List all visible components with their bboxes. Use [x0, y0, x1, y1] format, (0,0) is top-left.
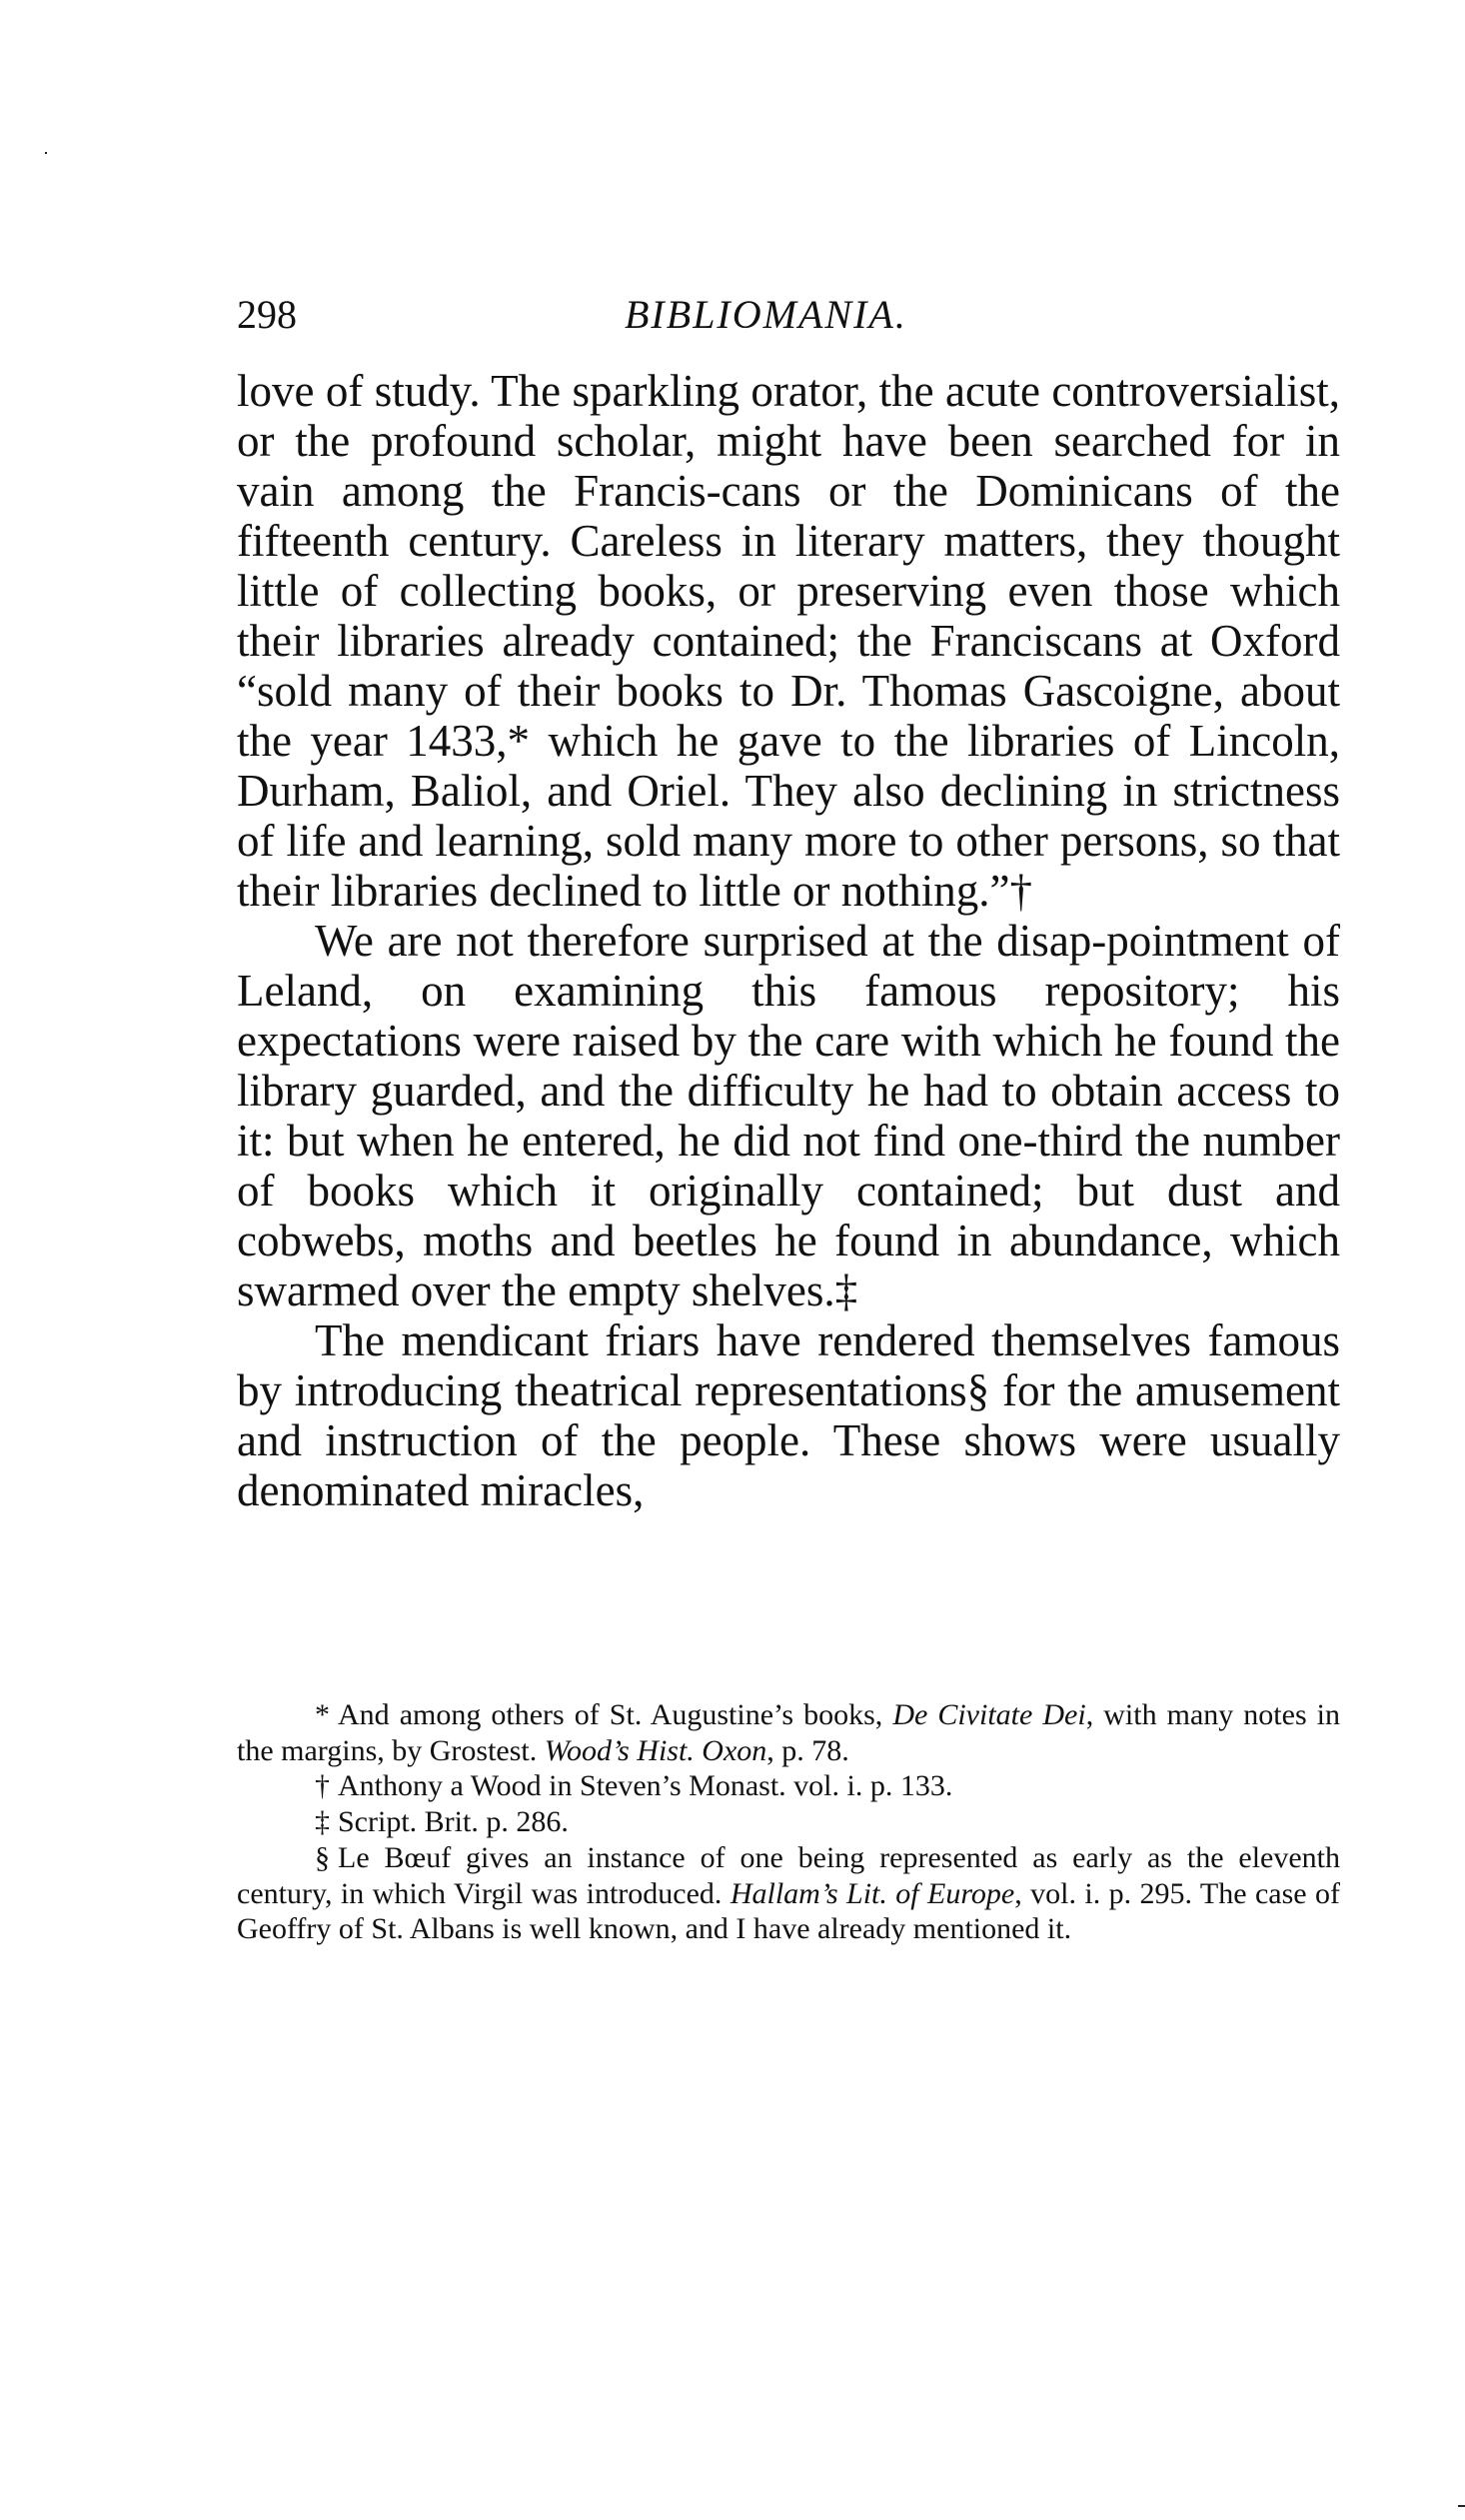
footnote-text: And among others of St. Augustine’s book…	[338, 1698, 892, 1731]
footnote-italic-title: Hallam’s Lit. of Europe	[731, 1877, 1014, 1910]
running-header: 298 BIBLIOMANIA.	[237, 292, 1340, 338]
footnote-double-dagger: ‡Script. Brit. p. 286.	[237, 1804, 1340, 1840]
footnote-asterisk: *And among others of St. Augustine’s boo…	[237, 1697, 1340, 1768]
footnote-italic-title: Wood’s Hist. Oxon	[545, 1734, 767, 1767]
body-text: love of study. The sparkling orator, the…	[237, 366, 1340, 1515]
footnote-mark: †	[315, 1769, 330, 1802]
paragraph: The mendicant friars have rendered thems…	[237, 1315, 1340, 1515]
footnote-text: Script. Brit. p. 286.	[338, 1805, 569, 1838]
footnote-italic-title: De Civitate Dei	[892, 1698, 1085, 1731]
footnote-text: , p. 78.	[766, 1734, 849, 1767]
running-title: BIBLIOMANIA.	[625, 292, 907, 338]
footnote-section: §Le Bœuf gives an instance of one being …	[237, 1840, 1340, 1947]
footnote-mark: §	[315, 1841, 330, 1874]
footnote-mark: ‡	[315, 1805, 330, 1838]
scan-speck-left	[45, 152, 47, 154]
footnote-mark: *	[315, 1698, 330, 1731]
footnote-dagger: †Anthony a Wood in Steven’s Monast. vol.…	[237, 1768, 1340, 1804]
paragraph: love of study. The sparkling orator, the…	[237, 366, 1340, 916]
scan-mark-bottom-right	[1458, 2505, 1465, 2507]
footnotes: *And among others of St. Augustine’s boo…	[237, 1697, 1340, 1947]
page-number: 298	[237, 292, 297, 338]
paragraph: We are not therefore surprised at the di…	[237, 916, 1340, 1315]
footnote-text: Anthony a Wood in Steven’s Monast. vol. …	[338, 1769, 952, 1802]
